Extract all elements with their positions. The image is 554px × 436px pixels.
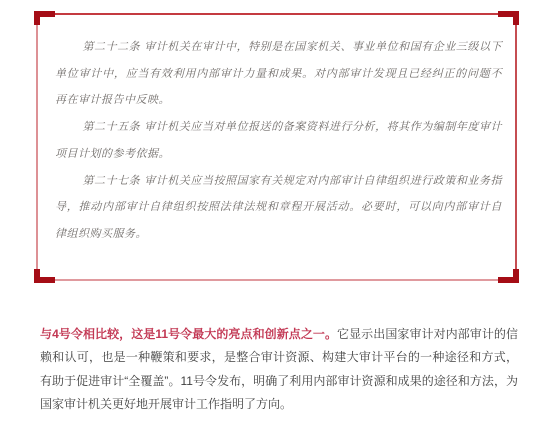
quote-paragraph-article-25: 第二十五条 审计机关应当对单位报送的备案资料进行分析，将其作为编制年度审计项目计… (55, 114, 502, 167)
corner-accent-bottom-left (34, 269, 55, 283)
corner-accent-bottom-right (498, 269, 519, 283)
corner-accent-top-right (498, 11, 519, 25)
corner-accent-top-left (34, 11, 55, 25)
quote-box: 第二十二条 审计机关在审计中，特别是在国家机关、事业单位和国有企业三级以下单位审… (36, 13, 517, 281)
quote-paragraph-article-27: 第二十七条 审计机关应当按照国家有关规定对内部审计自律组织进行政策和业务指导，推… (55, 168, 502, 248)
commentary-highlight: 与4号令相比较，这是11号令最大的亮点和创新点之一。 (40, 327, 337, 341)
commentary-paragraph: 与4号令相比较，这是11号令最大的亮点和创新点之一。它显示出国家审计对内部审计的… (40, 323, 518, 417)
quote-paragraph-article-22: 第二十二条 审计机关在审计中，特别是在国家机关、事业单位和国有企业三级以下单位审… (55, 34, 502, 114)
